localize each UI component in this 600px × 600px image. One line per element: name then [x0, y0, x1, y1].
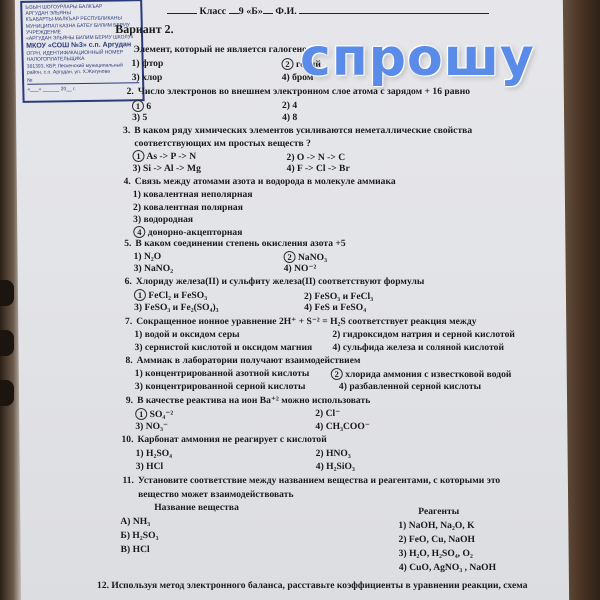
option: 1) ковалентная неполярная — [133, 189, 253, 200]
question-1: Элемент, который не является галогеном — [133, 44, 313, 55]
variant-title: Вариант 2. — [115, 22, 174, 37]
option: 4) NO⁻² — [284, 263, 317, 274]
option: 3) сернистой кислотой и оксидом магния — [134, 342, 312, 353]
question-11: 11.Установите соответствие между названи… — [116, 475, 500, 486]
option: 3) хлор — [132, 72, 163, 83]
option: 2) HNO₃ — [316, 448, 351, 459]
option: 3) 5 — [132, 112, 147, 123]
option: 1) фтор — [131, 58, 163, 69]
answer-circle-mark: 1 — [135, 408, 147, 420]
option: 3) HCl — [136, 461, 164, 472]
option: 1) концентрированной азотной кислоты — [135, 368, 310, 379]
option: 2) FeSO₃ и FeCl₃ — [304, 291, 373, 302]
question-3: 3.В каком ряду химических элементов усил… — [112, 125, 472, 136]
option-circled: 2 NaNO₃ — [283, 251, 327, 263]
binder-clip — [0, 330, 14, 356]
option: 2) O -> N -> C — [286, 152, 345, 163]
option: 2) гидроксидом натрия и серной кислотой — [332, 329, 515, 340]
option-circled: 1 SO₄⁻² — [135, 408, 173, 420]
answer-circle-mark: 2 — [331, 368, 343, 380]
match-left-header: Название вещества — [154, 502, 239, 513]
name-field — [299, 13, 489, 14]
option: 2) Cl⁻ — [315, 408, 340, 419]
option: 1) H₂SO₄ — [136, 448, 173, 459]
match-right-item: 3) H₂O, H₂SO₄, O₂ — [399, 548, 473, 559]
option-circled: 1 FeCl₂ и FeSO₃ — [134, 289, 207, 301]
overlay-sticker-text: спрошу — [300, 28, 535, 88]
option-circled: 1 As -> P -> N — [132, 150, 196, 162]
option-circled: 2 хлорида аммония с известковой водой — [331, 368, 512, 380]
option: 4) F -> Cl -> Br — [287, 163, 350, 174]
option: 4) 8 — [282, 112, 297, 123]
option: 2) 4 — [282, 100, 297, 111]
answer-circle-mark: 2 — [281, 58, 293, 70]
question-3-cont: соответствующих им простых веществ ? — [134, 138, 311, 149]
match-left-item: А) NH₃ — [120, 516, 150, 527]
question-10: 10.Карбонат аммония не реагирует с кисло… — [115, 434, 326, 445]
question-7: 7.Сокращенное ионное уравнение 2H⁺ + S⁻²… — [114, 316, 476, 327]
test-paper: ЫЗЫН ШОГОУРЛАРЫ БАЛКЪАР АРГУДАН ЭЛЬЯНЫ К… — [15, 0, 569, 600]
question-6: 6.Хлориду железа(II) и сульфиту железа(I… — [114, 276, 425, 287]
question-12: 12. Используя метод электронного баланса… — [97, 580, 528, 591]
stamp-line: район, с.п. Аргудан, ул. Х.Жигунова — [27, 68, 139, 76]
option: 3) NaNO₂ — [134, 263, 174, 274]
answer-circle-mark: 1 — [132, 150, 144, 162]
question-4: 4.Связь между атомами азота и водорода в… — [113, 176, 396, 187]
option: 1) водой и оксидом серы — [134, 329, 239, 340]
option: 4) CH₃COO⁻ — [315, 421, 370, 432]
option: 1) N₂O — [133, 251, 161, 262]
question-11-cont: вещество может взаимодействовать — [138, 489, 294, 500]
option-circled: 4 донорно-акцепторная — [133, 226, 242, 238]
class-label: Класс — [199, 6, 226, 17]
match-left-item: Б) H₂SO₃ — [120, 530, 158, 541]
match-right-item: 4) CuO, AgNO₃ , NaOH — [399, 562, 496, 573]
match-right-item: 1) NaOH, Na₂O, K — [398, 520, 474, 531]
option: 4) FeS и FeSO₄ — [304, 302, 366, 313]
answer-circle-mark: 2 — [283, 251, 295, 263]
option: 2) ковалентная полярная — [133, 202, 243, 213]
match-left-item: В) HCl — [121, 544, 150, 555]
option-circled: 1 6 — [132, 100, 151, 112]
match-right-item: 2) FeO, Cu, NaOH — [398, 534, 475, 545]
option: 4) сульфида железа и соляной кислотой — [332, 342, 504, 353]
option: 4) разбавленной серной кислоты — [339, 381, 481, 392]
answer-circle-mark: 1 — [134, 289, 146, 301]
match-right-header: Реагенты — [418, 506, 459, 517]
option: 4) H₂SiO₃ — [316, 461, 355, 472]
stamp-number-line: № — [27, 76, 139, 85]
question-9: 9.В качестве реактива на ион Ba⁺² можно … — [115, 395, 370, 406]
option: 3) водородная — [133, 214, 193, 225]
binder-clip — [0, 380, 14, 406]
class-value: 9 «Б» — [239, 6, 263, 17]
option: 3) Si -> Al -> Mg — [133, 163, 201, 174]
question-5: 5.В каком соединении степень окисления а… — [113, 238, 345, 249]
option: 3) FeSO₃ и Fe₂(SO₄)₃ — [134, 302, 219, 313]
name-label: Ф.И. — [275, 6, 296, 17]
option: 3) NO₃⁻ — [135, 421, 168, 432]
option: 3) концентрированной серной кислоты — [135, 381, 306, 392]
question-8: 8.Аммиак в лаборатории получают взаимоде… — [115, 355, 361, 366]
header-line: Класс 9 «Б» Ф.И. — [167, 6, 489, 17]
answer-circle-mark: 4 — [133, 226, 145, 238]
binder-clip — [0, 280, 14, 306]
answer-circle-mark: 1 — [132, 100, 144, 112]
